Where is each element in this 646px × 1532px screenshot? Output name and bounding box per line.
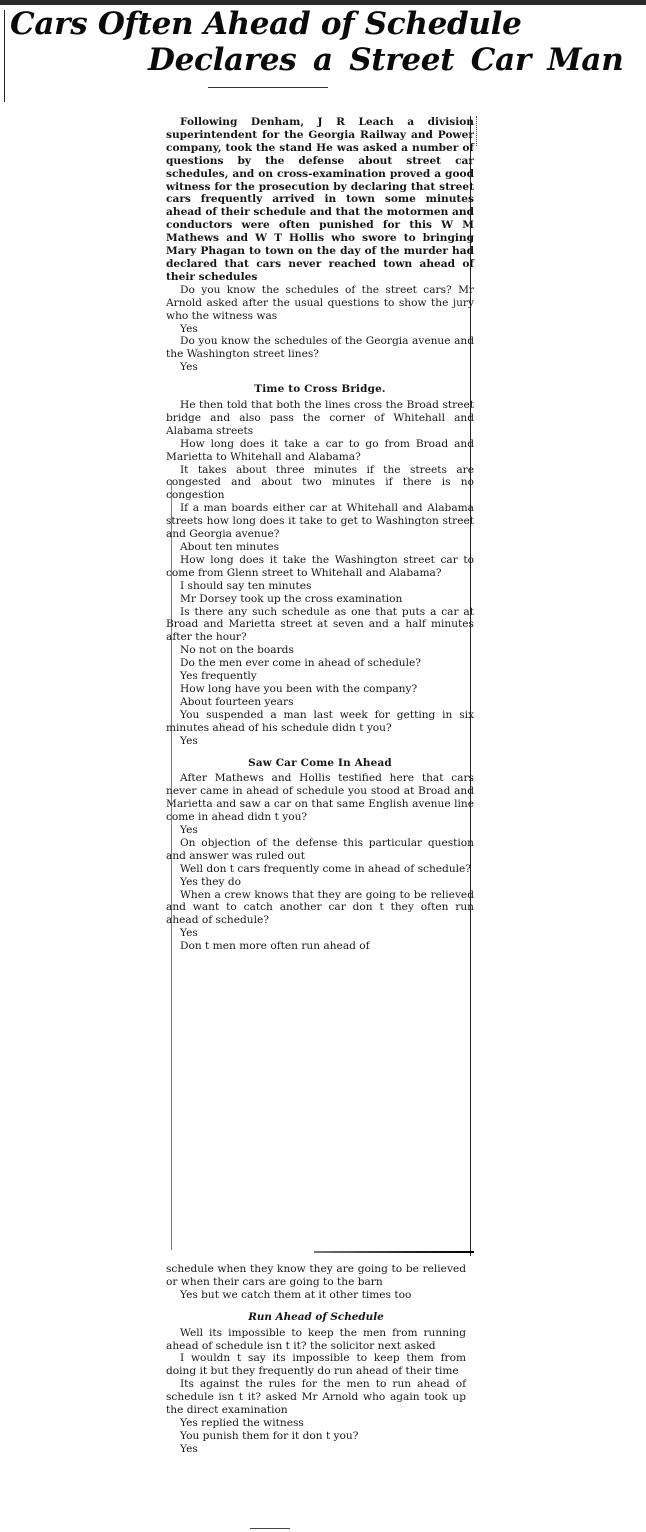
question-paragraph: You suspended a man last week for gettin… <box>166 709 474 735</box>
subhead-run-ahead-of-schedule: Run Ahead of Schedule <box>166 1311 466 1324</box>
subhead-time-to-cross-bridge: Time to Cross Bridge. <box>166 383 474 396</box>
end-divider <box>250 1528 290 1529</box>
answer-paragraph: Yes <box>166 1443 466 1456</box>
question-paragraph: Its against the rules for the men to run… <box>166 1378 466 1417</box>
narrative-paragraph: Mr Dorsey took up the cross examination <box>166 593 474 606</box>
answer-paragraph: It takes about three minutes if the stre… <box>166 464 474 503</box>
scan-top-border <box>0 0 646 5</box>
column-rule-right-dots <box>476 116 478 146</box>
answer-paragraph: Yes but we catch them at it other times … <box>166 1289 466 1302</box>
question-paragraph: Well don t cars frequently come in ahead… <box>166 863 474 876</box>
answer-paragraph: Yes they do <box>166 876 474 889</box>
answer-paragraph: Yes <box>166 735 474 748</box>
narrative-paragraph: On objection of the defense this particu… <box>166 837 474 863</box>
section-direct-examination: Do you know the schedules of the street … <box>166 284 474 374</box>
answer-paragraph: Yes <box>166 361 474 374</box>
article-column: Following Denham, J R Leach a division s… <box>166 116 474 953</box>
answer-paragraph: Yes <box>166 323 474 336</box>
headline: Cars Often Ahead of Schedule Declares a … <box>10 6 630 78</box>
column-break-rule <box>314 1251 474 1253</box>
answer-paragraph: Yes <box>166 927 474 940</box>
question-paragraph: When a crew knows that they are going to… <box>166 889 474 928</box>
section-time-to-cross-bridge: He then told that both the lines cross t… <box>166 399 474 747</box>
answer-paragraph: No not on the boards <box>166 644 474 657</box>
question-paragraph: How long have you been with the company? <box>166 683 474 696</box>
answer-paragraph: Yes <box>166 824 474 837</box>
answer-paragraph: I should say ten minutes <box>166 580 474 593</box>
question-paragraph: How long does it take the Washington str… <box>166 554 474 580</box>
answer-paragraph: I wouldn t say its impossible to keep th… <box>166 1352 466 1378</box>
column-rule-left-fragment <box>4 88 5 102</box>
narrative-paragraph: He then told that both the lines cross t… <box>166 399 474 438</box>
question-paragraph: If a man boards either car at Whitehall … <box>166 502 474 541</box>
article-intro: Following Denham, J R Leach a division s… <box>166 116 474 284</box>
question-paragraph: Do you know the schedules of the street … <box>166 284 474 323</box>
headline-line-1: Cars Often Ahead of Schedule <box>10 6 630 42</box>
headline-line-2: Declares a Street Car Man <box>148 42 630 78</box>
article-continuation: schedule when they know they are going t… <box>166 1263 466 1456</box>
question-paragraph: You punish them for it don t you? <box>166 1430 466 1443</box>
answer-paragraph: Yes frequently <box>166 670 474 683</box>
question-paragraph: After Mathews and Hollis testified here … <box>166 772 474 824</box>
intro-text: Following Denham, J R Leach a division s… <box>166 116 474 283</box>
question-paragraph: How long does it take a car to go from B… <box>166 438 474 464</box>
question-paragraph: Do the men ever come in ahead of schedul… <box>166 657 474 670</box>
section-saw-car-come-in-ahead: After Mathews and Hollis testified here … <box>166 772 474 953</box>
answer-paragraph: About fourteen years <box>166 696 474 709</box>
answer-paragraph: About ten minutes <box>166 541 474 554</box>
column-rule-left <box>4 10 5 90</box>
question-paragraph: Do you know the schedules of the Georgia… <box>166 335 474 361</box>
narrative-paragraph: schedule when they know they are going t… <box>166 1263 466 1289</box>
answer-paragraph: Yes replied the witness <box>166 1417 466 1430</box>
question-paragraph: Don t men more often run ahead of <box>166 940 474 953</box>
subhead-saw-car-come-in-ahead: Saw Car Come In Ahead <box>166 757 474 770</box>
headline-divider <box>208 87 328 88</box>
section-run-ahead-of-schedule: Well its impossible to keep the men from… <box>166 1327 466 1456</box>
section-continuation: schedule when they know they are going t… <box>166 1263 466 1302</box>
question-paragraph: Is there any such schedule as one that p… <box>166 606 474 645</box>
question-paragraph: Well its impossible to keep the men from… <box>166 1327 466 1353</box>
